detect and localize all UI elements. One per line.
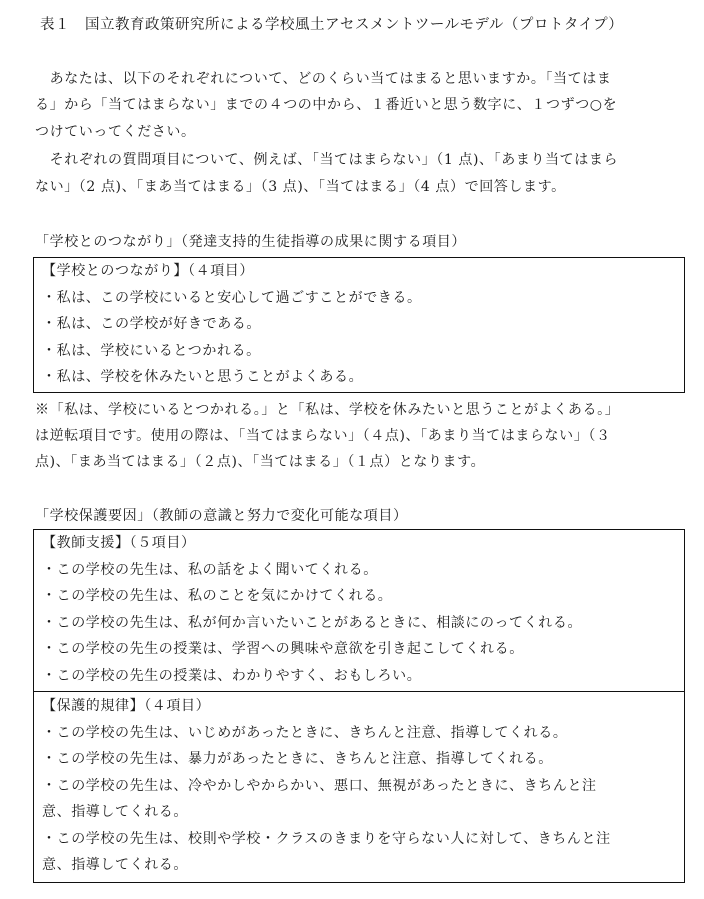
- list-item: ・この学校の先生の授業は、学習への興味や意欲を引き起こしてくれる。: [42, 639, 524, 659]
- school-connection-box: 【学校とのつながり】（４項目） ・私は、この学校にいると安心して過ごすことができ…: [33, 257, 685, 393]
- list-item: ・私は、学校にいるとつかれる。: [42, 341, 261, 361]
- note-line: 点)、「まあ当てはまる」（２点)、「当てはまる」（１点）となります。: [35, 452, 485, 472]
- list-item-continuation: 意、指導してくれる。: [42, 855, 188, 875]
- list-item-continuation: 意、指導してくれる。: [42, 802, 188, 822]
- list-item: ・この学校の先生は、いじめがあったときに、きちんと注意、指導してくれる。: [42, 723, 567, 743]
- list-item: ・この学校の先生の授業は、わかりやすく、おもしろい。: [42, 666, 421, 686]
- list-item: ・私は、学校を休みたいと思うことがよくある。: [42, 367, 363, 387]
- section-heading-school-connection: 「学校とのつながり」（発達支持的生徒指導の成果に関する項目）: [35, 232, 466, 252]
- box-label-teacher-support: 【教師支援】（５項目）: [42, 533, 196, 553]
- list-item: ・私は、この学校にいると安心して過ごすことができる。: [42, 288, 422, 308]
- list-item: ・この学校の先生は、私のことを気にかけてくれる。: [42, 586, 392, 606]
- note-line: ※「私は、学校にいるとつかれる。」と「私は、学校を休みたいと思うことがよくある。…: [35, 400, 619, 420]
- list-item: ・私は、この学校が好きである。: [42, 314, 261, 334]
- section-divider: [34, 691, 684, 692]
- instruction-line: る」から「当てはまらない」までの４つの中から、１番近いと思う数字に、１つずつ○を: [35, 95, 617, 115]
- instruction-line: つけていってください。: [35, 122, 196, 142]
- box-label: 【学校とのつながり】（４項目）: [42, 261, 254, 281]
- list-item: ・この学校の先生は、校則や学校・クラスのきまりを守らない人に対して、きちんと注: [42, 829, 611, 849]
- list-item: ・この学校の先生は、暴力があったときに、きちんと注意、指導してくれる。: [42, 749, 553, 769]
- note-line: は逆転項目です。使用の際は、「当てはまらない」（４点)、「あまり当てはまらない」…: [35, 426, 611, 446]
- box-label-protective-discipline: 【保護的規律】（４項目）: [42, 696, 210, 716]
- instruction-line: それぞれの質問項目について、例えば、「当てはまらない」（1 点)、「あまり当ては…: [35, 150, 618, 170]
- instruction-line: あなたは、以下のそれぞれについて、どのくらい当てはまると思いますか。「当てはま: [35, 69, 611, 89]
- instruction-line: ない」（2 点)、「まあ当てはまる」（3 点)、「当てはまる」（4 点）で回答し…: [35, 177, 566, 197]
- table-title: 表１ 国立教育政策研究所による学校風土アセスメントツールモデル（プロトタイプ）: [40, 13, 623, 34]
- list-item: ・この学校の先生は、私が何か言いたいことがあるときに、相談にのってくれる。: [42, 613, 582, 633]
- school-protective-box: 【教師支援】（５項目） ・この学校の先生は、私の話をよく聞いてくれる。 ・この学…: [33, 529, 685, 883]
- list-item: ・この学校の先生は、冷やかしやからかい、悪口、無視があったときに、きちんと注: [42, 776, 597, 796]
- list-item: ・この学校の先生は、私の話をよく聞いてくれる。: [42, 560, 378, 580]
- section-heading-school-protective: 「学校保護要因」（教師の意識と努力で変化可能な項目）: [35, 506, 408, 526]
